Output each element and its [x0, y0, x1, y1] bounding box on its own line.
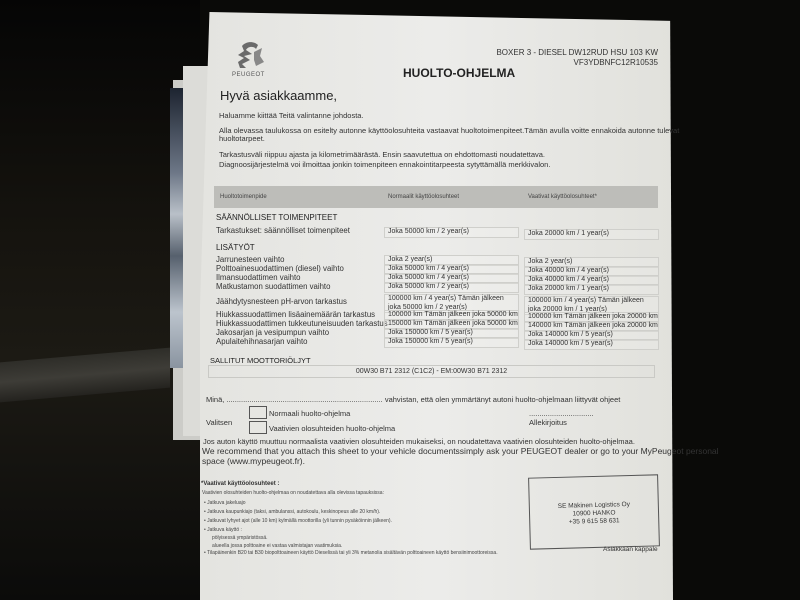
table-row-label: Tarkastukset: säännölliset toimenpiteet	[216, 226, 350, 235]
table-cell: Joka 20000 km / 1 year(s)	[524, 284, 659, 295]
table-row-label: Apulaitehihnasarjan vaihto	[216, 337, 307, 346]
dealer-stamp: SE Mäkinen Logistics Oy 10900 HANKO +35 …	[528, 474, 660, 549]
table-row-label: Jakosarjan ja vesipumpun vaihto	[216, 328, 329, 337]
notice-finnish: Jos auton käyttö muuttuu normaalista vaa…	[203, 437, 635, 446]
intro-paragraph: huoltotarpeet.	[219, 134, 265, 143]
notice-english: space (www.mypeugeot.fr).	[202, 456, 305, 466]
vehicle-vin: VF3YDBNFC12R10535	[496, 58, 658, 68]
footnote-item: • Jatkuva kaupunkiajo (taksi, ambulanssi…	[204, 509, 380, 515]
table-row-label: Hiukkassuodattimen tukkeutuneisuuden tar…	[216, 319, 388, 328]
table-cell: Joka 50000 km / 2 year(s)	[384, 282, 519, 293]
table-cell: Joka 20000 km / 1 year(s)	[524, 229, 659, 240]
confirmation-statement: vahvistan, että olen ymmärtänyt autoni h…	[385, 395, 621, 404]
intro-paragraph: Haluamme kiittää Teitä valintanne johdos…	[219, 111, 364, 120]
intro-paragraph: Tarkastusväli riippuu ajasta ja kilometr…	[219, 150, 545, 159]
footnote-item: • Tilapäinenkin B20 tai B30 biopolttoain…	[204, 550, 498, 556]
copy-label: Asiakkaan kappale	[603, 545, 658, 554]
signature-line[interactable]: ...............................	[529, 409, 594, 418]
normal-program-label: Normaali huolto-ohjelma	[269, 409, 350, 418]
engine-oil-value: 00W30 B71 2312 (C1C2) - EM:00W30 B71 231…	[208, 365, 655, 378]
choose-label: Valitsen	[206, 418, 232, 427]
table-row-label: Jäähdytysnesteen pH-arvon tarkastus	[216, 297, 347, 306]
table-row-label: Hiukkassuodattimen lisäainemäärän tarkas…	[216, 310, 375, 319]
name-blank[interactable]: Minä, ..................................…	[206, 395, 383, 404]
greeting: Hyvä asiakkaamme,	[220, 88, 337, 103]
brand-label: PEUGEOT	[232, 72, 265, 78]
footnote-item: • Jatkuva käyttö :	[204, 527, 242, 533]
section-title: SALLITUT MOOTTORIÖLJYT	[210, 356, 311, 365]
severe-program-label: Vaativien olosuhteiden huolto-ohjelma	[269, 424, 395, 433]
footnote-item: • Jatkuvat lyhyet ajot (alle 10 km) kylm…	[204, 518, 392, 524]
severe-program-checkbox[interactable]	[249, 421, 267, 434]
column-header: Huoltotoimenpide	[220, 194, 267, 200]
notice-english: We recommend that you attach this sheet …	[202, 446, 719, 456]
table-cell: Joka 150000 km / 5 year(s)	[384, 337, 519, 348]
vehicle-info: BOXER 3 - DIESEL DW12RUD HSU 103 KW VF3Y…	[496, 48, 658, 68]
confirmation-text: Minä, ..................................…	[206, 395, 620, 404]
column-header: Vaativat käyttöolosuhteet*	[528, 194, 597, 200]
table-row-label: Matkustamon suodattimen vaihto	[216, 282, 330, 291]
vehicle-model: BOXER 3 - DIESEL DW12RUD HSU 103 KW	[496, 48, 658, 58]
section-title: SÄÄNNÖLLISET TOIMENPITEET	[216, 213, 337, 222]
table-row-label: Jarrunesteen vaihto	[216, 255, 284, 264]
table-cell: Joka 140000 km / 5 year(s)	[524, 339, 659, 350]
footnote-item: pölyisessä ympäristössä.	[212, 535, 268, 541]
section-title: LISÄTYÖT	[216, 243, 255, 252]
signature-label: Allekirjoitus	[529, 418, 567, 427]
table-row-label: Ilmansuodattimen vaihto	[216, 273, 301, 282]
document-title: HUOLTO-OHJELMA	[403, 66, 515, 80]
table-row-label: Polttoainesuodattimen (diesel) vaihto	[216, 264, 344, 273]
footnote-item: alueella jossa polttoaine ei vastaa valm…	[212, 543, 342, 549]
peugeot-lion-logo-icon	[232, 40, 268, 72]
table-header: Huoltotoimenpide Normaalit käyttöolosuht…	[214, 186, 658, 208]
column-header: Normaalit käyttöolosuhteet	[388, 194, 459, 200]
footnote-intro: Vaativien olosuhteiden huolto-ohjelmaa o…	[202, 490, 384, 496]
footnote-title: *Vaativat käyttöolosuhteet :	[201, 480, 279, 489]
intro-paragraph: Alla olevassa taulukossa on esitelty aut…	[219, 126, 679, 135]
footnote-item: • Jatkuva jakeluajo	[204, 500, 246, 506]
table-cell: Joka 50000 km / 2 year(s)	[384, 227, 519, 238]
intro-paragraph: Diagnoosijärjestelmä voi ilmoittaa jonki…	[219, 160, 550, 169]
normal-program-checkbox[interactable]	[249, 406, 267, 419]
